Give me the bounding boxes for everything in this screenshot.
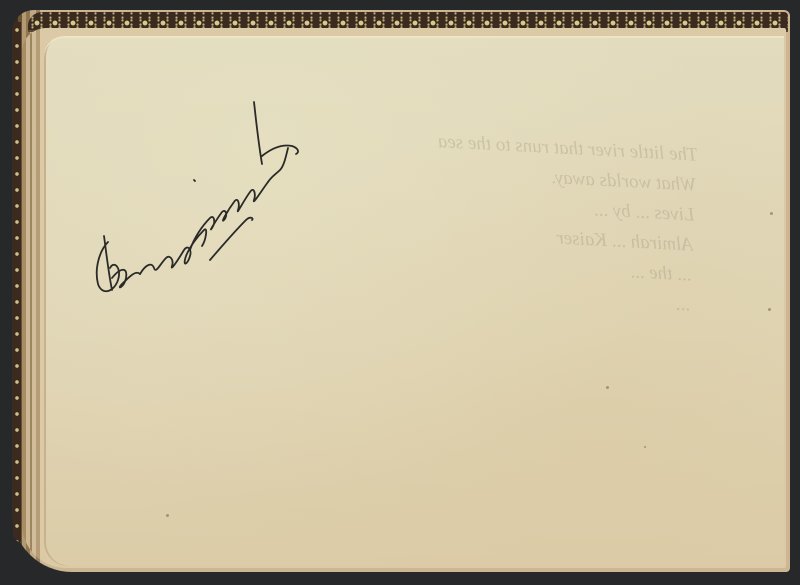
foxing-spot xyxy=(768,308,771,311)
gilt-star-border-left xyxy=(13,22,21,542)
bleed-through-text: The little river that runs to the sea Wh… xyxy=(360,123,699,320)
album-photo: The little river that runs to the sea Wh… xyxy=(0,0,800,585)
foxing-spot xyxy=(166,514,169,517)
handwritten-signature: C. Kunappasuart xyxy=(86,100,306,310)
foxing-spot xyxy=(606,386,609,389)
foxing-spot xyxy=(644,446,646,448)
foxing-spot xyxy=(770,212,773,215)
